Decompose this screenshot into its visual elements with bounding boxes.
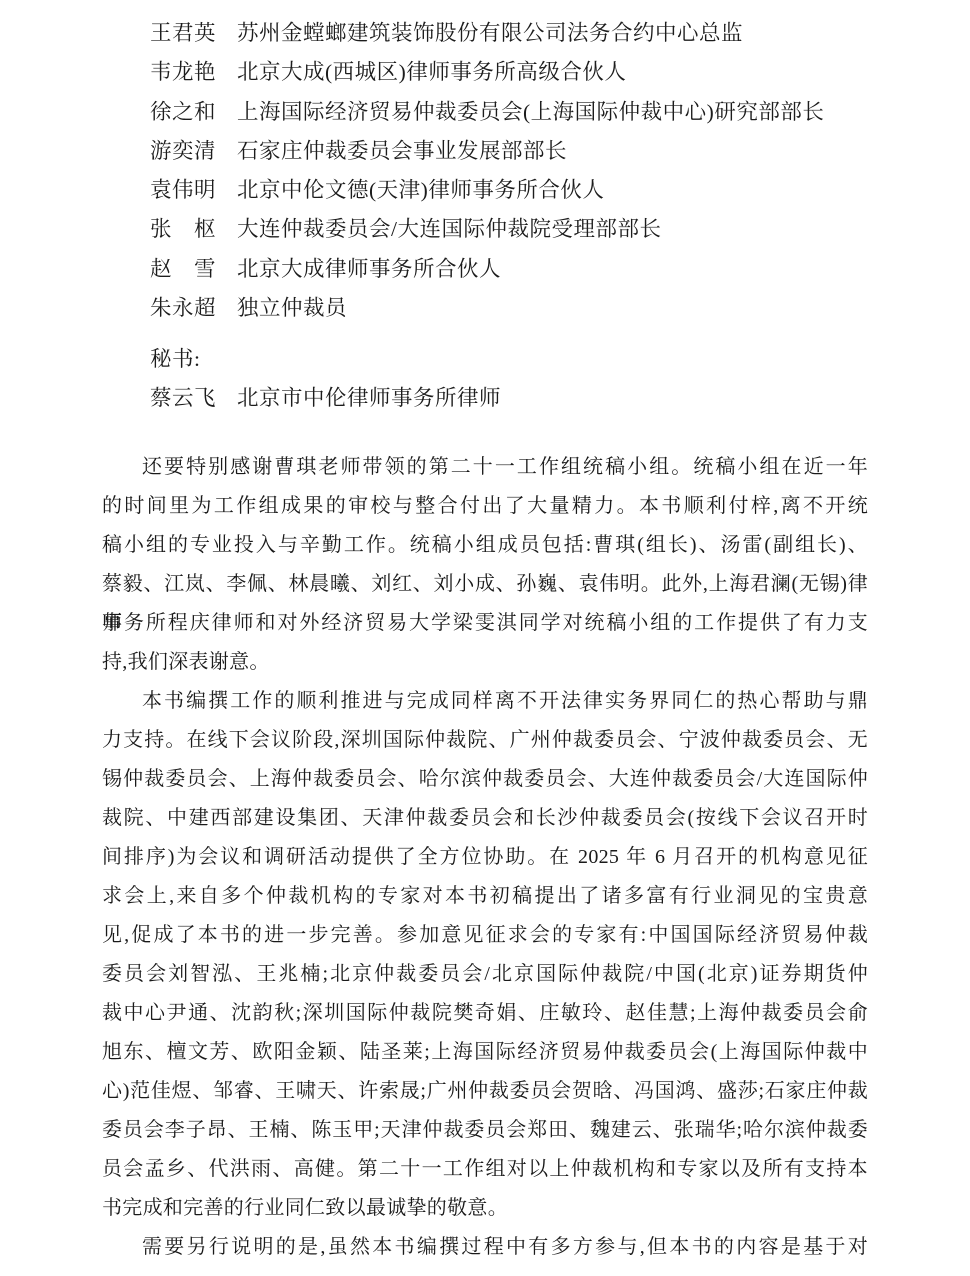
text-line: 求会上,来自多个仲裁机构的专家对本书初稿提出了诸多富有行业洞见的宝贵意 bbox=[102, 877, 868, 916]
contributor-name: 游奕清 bbox=[150, 132, 216, 171]
text-line: 书完成和完善的行业同仁致以最诚挚的敬意。 bbox=[102, 1189, 868, 1228]
text-line: 员会孟乡、代洪雨、高健。第二十一工作组对以上仲裁机构和专家以及所有支持本 bbox=[102, 1150, 868, 1189]
text-line: 还要特别感谢曹琪老师带领的第二十一工作组统稿小组。统稿小组在近一年 bbox=[102, 448, 868, 487]
text-line: 心)范佳煜、邹睿、王啸天、许索晟;广州仲裁委员会贺晗、冯国鸿、盛莎;石家庄仲裁 bbox=[102, 1072, 868, 1111]
text-line: 间排序)为会议和调研活动提供了全方位协助。在 2025 年 6 月召开的机构意见… bbox=[102, 838, 868, 877]
contributor-name: 韦龙艳 bbox=[150, 53, 216, 92]
text-line: 裁中心尹通、沈韵秋;深圳国际仲裁院樊奇娟、庄敏玲、赵佳慧;上海仲裁委员会俞 bbox=[102, 994, 868, 1033]
contributor-name: 朱永超 bbox=[150, 289, 216, 328]
text-line: 委员会刘智泓、王兆楠;北京仲裁委员会/北京国际仲裁院/中国(北京)证券期货仲 bbox=[102, 955, 868, 994]
contributor-affiliation: 北京大成(西城区)律师事务所高级合伙人 bbox=[237, 53, 626, 92]
text-line: 力支持。在线下会议阶段,深圳国际仲裁院、广州仲裁委员会、宁波仲裁委员会、无 bbox=[102, 721, 868, 760]
text-line: 见,促成了本书的进一步完善。参加意见征求会的专家有:中国国际经济贸易仲裁 bbox=[102, 916, 868, 955]
contributor-affiliation: 独立仲裁员 bbox=[237, 289, 347, 328]
contributor-row: 张 枢大连仲裁委员会/大连国际仲裁院受理部部长 bbox=[150, 210, 824, 249]
contributor-row: 蔡云飞北京市中伦律师事务所律师 bbox=[150, 379, 501, 418]
contributor-affiliation: 上海国际经济贸易仲裁委员会(上海国际仲裁中心)研究部部长 bbox=[237, 93, 824, 132]
contributor-row: 徐之和上海国际经济贸易仲裁委员会(上海国际仲裁中心)研究部部长 bbox=[150, 93, 824, 132]
text-line: 稿小组的专业投入与辛勤工作。统稿小组成员包括:曹琪(组长)、汤雷(副组长)、 bbox=[102, 526, 868, 565]
contributor-name: 张 枢 bbox=[150, 210, 216, 249]
secretary-entry-list: 蔡云飞北京市中伦律师事务所律师 bbox=[150, 379, 501, 418]
secretary-section: 秘书: 蔡云飞北京市中伦律师事务所律师 bbox=[150, 340, 501, 419]
contributor-row: 赵 雪北京大成律师事务所合伙人 bbox=[150, 250, 824, 289]
contributor-name: 袁伟明 bbox=[150, 171, 216, 210]
text-line: 事务所程庆律师和对外经济贸易大学梁雯淇同学对统稿小组的工作提供了有力支 bbox=[102, 604, 868, 643]
contributor-row: 游奕清石家庄仲裁委员会事业发展部部长 bbox=[150, 132, 824, 171]
text-line: 裁院、中建西部建设集团、天津仲裁委员会和长沙仲裁委员会(按线下会议召开时 bbox=[102, 799, 868, 838]
text-line: 蔡毅、江岚、李佩、林晨曦、刘红、刘小成、孙巍、袁伟明。此外,上海君澜(无锡)律师 bbox=[102, 565, 868, 604]
contributor-name: 蔡云飞 bbox=[150, 379, 216, 418]
body-text: 还要特别感谢曹琪老师带领的第二十一工作组统稿小组。统稿小组在近一年的时间里为工作… bbox=[102, 448, 868, 1267]
contributor-row: 王君英苏州金螳螂建筑装饰股份有限公司法务合约中心总监 bbox=[150, 14, 824, 53]
contributor-affiliation: 北京中伦文德(天津)律师事务所合伙人 bbox=[237, 171, 604, 210]
contributor-name: 徐之和 bbox=[150, 93, 216, 132]
contributor-row: 韦龙艳北京大成(西城区)律师事务所高级合伙人 bbox=[150, 53, 824, 92]
contributor-affiliation: 北京市中伦律师事务所律师 bbox=[237, 379, 501, 418]
contributor-name: 赵 雪 bbox=[150, 250, 216, 289]
text-line: 委员会李子昂、王楠、陈玉甲;天津仲裁委员会郑田、魏建云、张瑞华;哈尔滨仲裁委 bbox=[102, 1111, 868, 1150]
text-line: 需要另行说明的是,虽然本书编撰过程中有多方参与,但本书的内容是基于对 bbox=[102, 1228, 868, 1267]
text-line: 旭东、檀文芳、欧阳金颖、陆圣莱;上海国际经济贸易仲裁委员会(上海国际仲裁中 bbox=[102, 1033, 868, 1072]
contributor-list: 王君英苏州金螳螂建筑装饰股份有限公司法务合约中心总监韦龙艳北京大成(西城区)律师… bbox=[150, 14, 824, 328]
contributor-affiliation: 苏州金螳螂建筑装饰股份有限公司法务合约中心总监 bbox=[237, 14, 743, 53]
text-line: 持,我们深表谢意。 bbox=[102, 643, 868, 682]
contributor-row: 袁伟明北京中伦文德(天津)律师事务所合伙人 bbox=[150, 171, 824, 210]
contributor-affiliation: 大连仲裁委员会/大连国际仲裁院受理部部长 bbox=[237, 210, 661, 249]
contributor-row: 朱永超独立仲裁员 bbox=[150, 289, 824, 328]
text-line: 的时间里为工作组成果的审校与整合付出了大量精力。本书顺利付梓,离不开统 bbox=[102, 487, 868, 526]
secretary-heading: 秘书: bbox=[150, 340, 501, 379]
text-line: 锡仲裁委员会、上海仲裁委员会、哈尔滨仲裁委员会、大连仲裁委员会/大连国际仲 bbox=[102, 760, 868, 799]
contributor-name: 王君英 bbox=[150, 14, 216, 53]
contributor-affiliation: 石家庄仲裁委员会事业发展部部长 bbox=[237, 132, 567, 171]
document-page: 王君英苏州金螳螂建筑装饰股份有限公司法务合约中心总监韦龙艳北京大成(西城区)律师… bbox=[0, 0, 970, 1276]
text-line: 本书编撰工作的顺利推进与完成同样离不开法律实务界同仁的热心帮助与鼎 bbox=[102, 682, 868, 721]
contributor-affiliation: 北京大成律师事务所合伙人 bbox=[237, 250, 501, 289]
